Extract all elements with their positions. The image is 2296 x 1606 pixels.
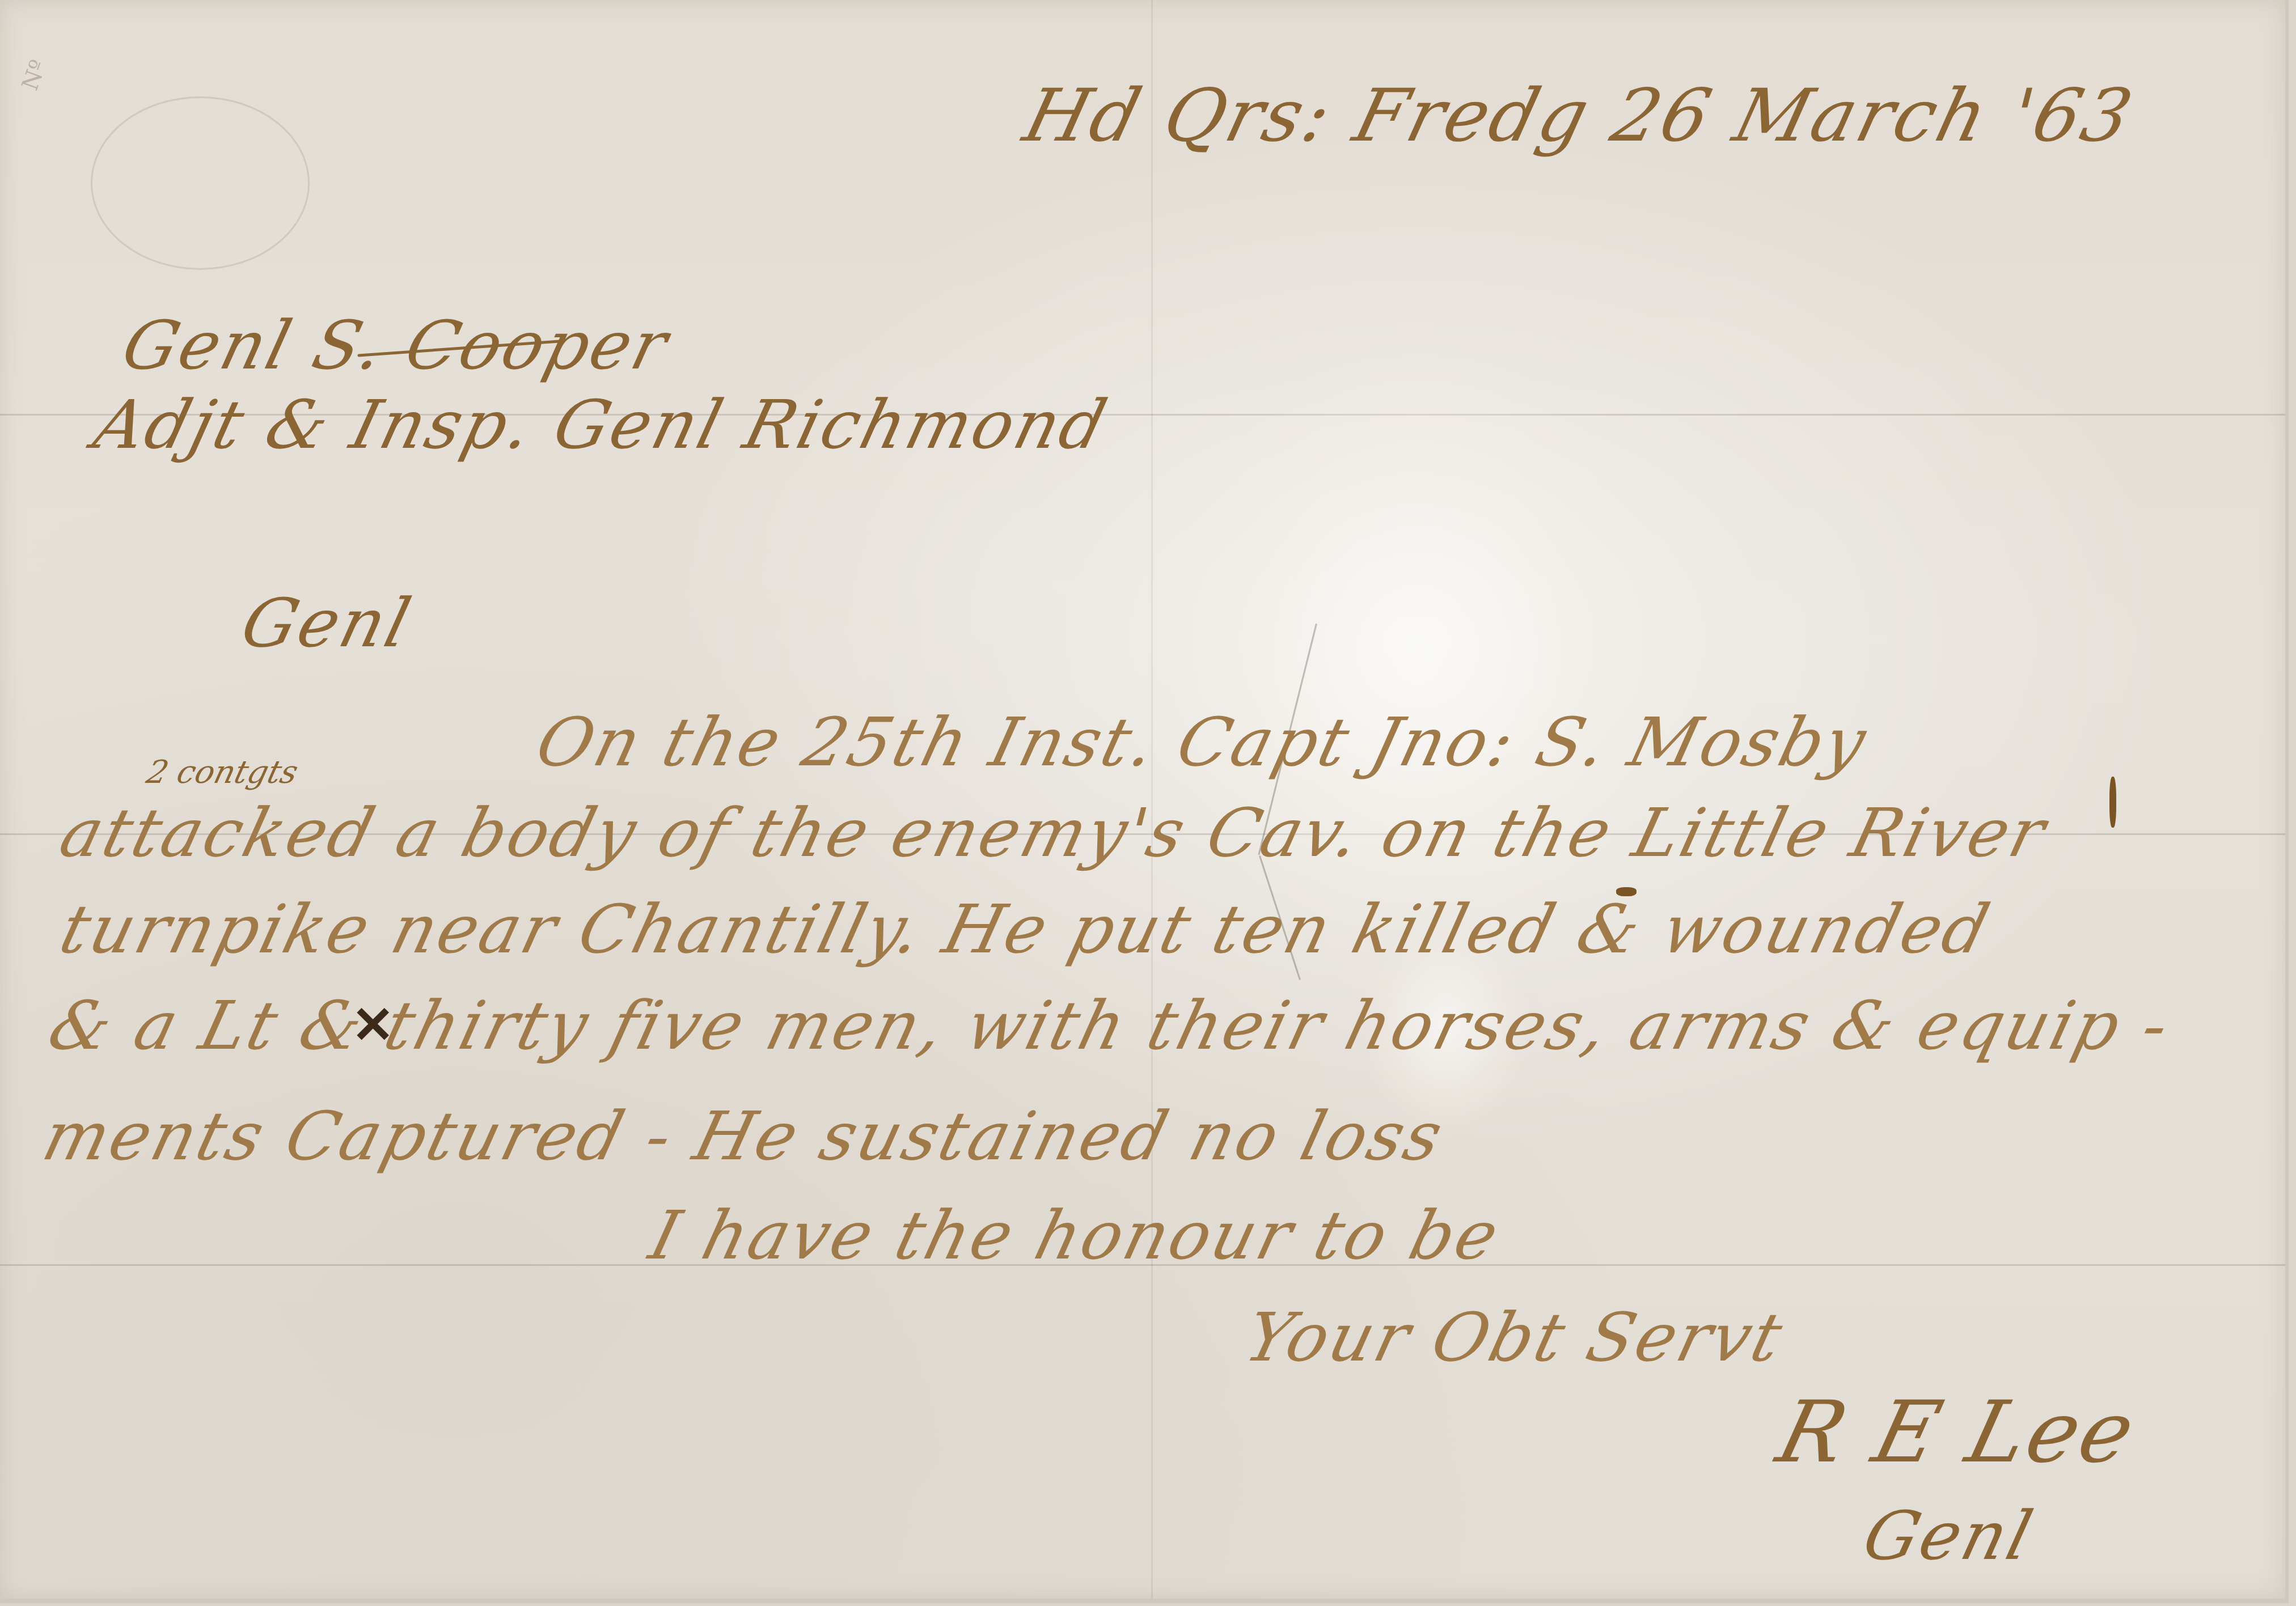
signature-title: Genl <box>1856 1497 2042 1575</box>
address-line-1: Genl S. Cooper <box>115 306 678 384</box>
interlinear-insert: 2 contgts <box>143 754 302 791</box>
closing-line-2: Your Obt Servt <box>1238 1298 1792 1376</box>
letter-sheet: Nº Hd Qrs: Fredg 26 March '63 Genl S. Co… <box>0 0 2289 1603</box>
ink-stroke <box>2109 777 2116 828</box>
insertion-caret-mark: ✕ <box>352 995 394 1055</box>
body-line-3: turnpike near Chantilly. He put ten kill… <box>53 890 1999 968</box>
body-line-5: ments Captured - He sustained no loss <box>36 1097 1452 1175</box>
closing-line-1: I have the honour to be <box>642 1196 1508 1274</box>
body-line-1: On the 25th Inst. Capt Jno: S. Mosby <box>529 703 1876 781</box>
signature-name: R E Lee <box>1768 1383 2146 1482</box>
address-line-2: Adjt & Insp. Genl Richmond <box>87 385 1116 464</box>
ink-dash <box>1616 887 1637 896</box>
faint-stamp <box>91 96 310 270</box>
margin-note: Nº <box>17 56 52 94</box>
letter-heading: Hd Qrs: Fredg 26 March '63 <box>1016 74 2142 158</box>
salutation: Genl <box>234 584 420 662</box>
body-line-2: attacked a body of the enemy's Cav. on t… <box>53 794 2055 872</box>
